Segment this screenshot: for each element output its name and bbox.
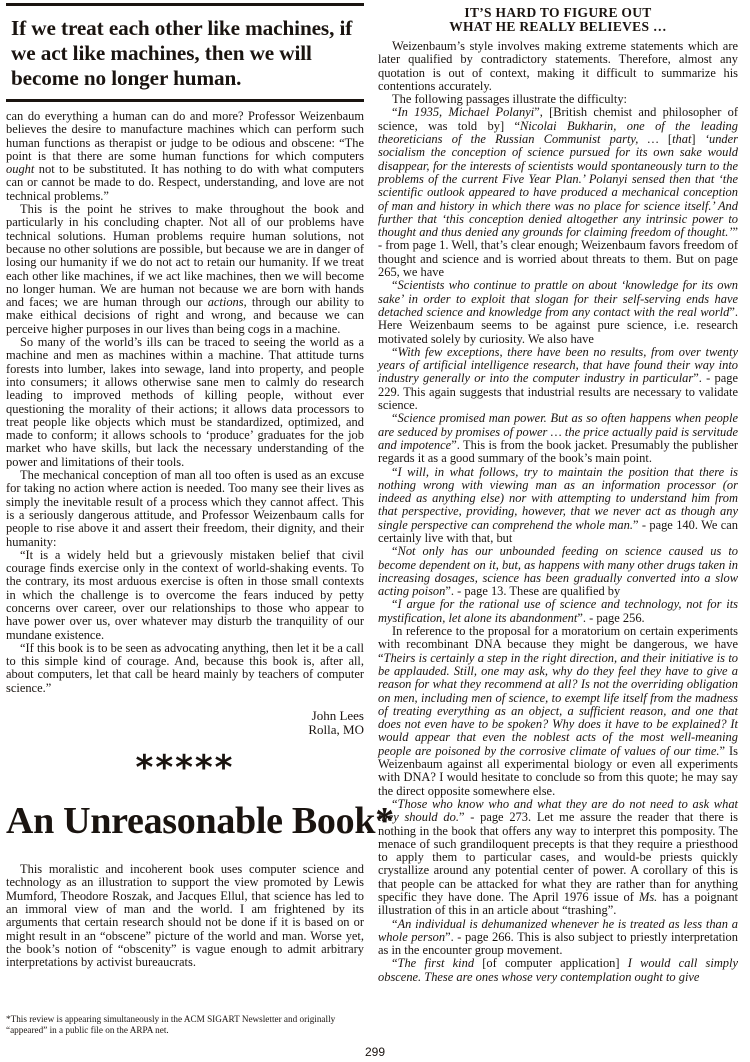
paragraph: “The first kind [of computer application… [378,957,738,984]
right-column: IT’S HARD TO FIGURE OUT WHAT HE REALLY B… [378,0,738,984]
paragraph: “Scientists who continue to prattle on a… [378,279,738,345]
paragraph: Weizenbaum’s style involves making extre… [378,40,738,93]
review-body-text: This moralistic and incoherent book uses… [6,863,364,969]
paragraph: “Science promised man power. But as so o… [378,412,738,465]
signature-place: Rolla, MO [6,723,364,737]
signature: John Lees Rolla, MO [6,709,364,737]
paragraph: The following passages illustrate the di… [378,93,738,106]
page-number: 299 [0,1045,750,1059]
paragraph: So many of the world’s ills can be trace… [6,336,364,469]
pull-quote: If we treat each other like machines, if… [11,16,364,91]
signature-name: John Lees [6,709,364,723]
paragraph: This moralistic and incoherent book uses… [6,863,364,969]
section-separator: ***** [6,751,364,785]
footnote: *This review is appearing simultaneously… [6,1014,366,1036]
pull-quote-rule [6,99,364,102]
paragraph: “An individual is dehumanized whenever h… [378,918,738,958]
section-heading: IT’S HARD TO FIGURE OUT WHAT HE REALLY B… [378,6,738,34]
heading-line-2: WHAT HE REALLY BELIEVES … [378,20,738,34]
review-title: An Unreasonable Book* [6,799,364,843]
right-body-text: Weizenbaum’s style involves making extre… [378,40,738,984]
paragraph: “With few exceptions, there have been no… [378,346,738,412]
heading-line-1: IT’S HARD TO FIGURE OUT [378,6,738,20]
paragraph: “I will, in what follows, try to maintai… [378,466,738,546]
paragraph: can do everything a human can do and mor… [6,110,364,203]
paragraph: In reference to the proposal for a morat… [378,625,738,798]
paragraph: “Not only has our unbounded feeding on s… [378,545,738,598]
paragraph: “Those who know who and what they are do… [378,798,738,918]
left-body-text: can do everything a human can do and mor… [6,110,364,695]
paragraph: The mechanical conception of man all too… [6,469,364,549]
paragraph: “If this book is to be seen as advocatin… [6,642,364,695]
paragraph: “In 1935, Michael Polanyi”, [British che… [378,106,738,279]
paragraph: This is the point he strives to make thr… [6,203,364,336]
paragraph: “I argue for the rational use of science… [378,598,738,625]
left-column: If we treat each other like machines, if… [6,0,364,969]
paragraph: “It is a widely held but a grievously mi… [6,549,364,642]
top-rule [6,3,364,6]
